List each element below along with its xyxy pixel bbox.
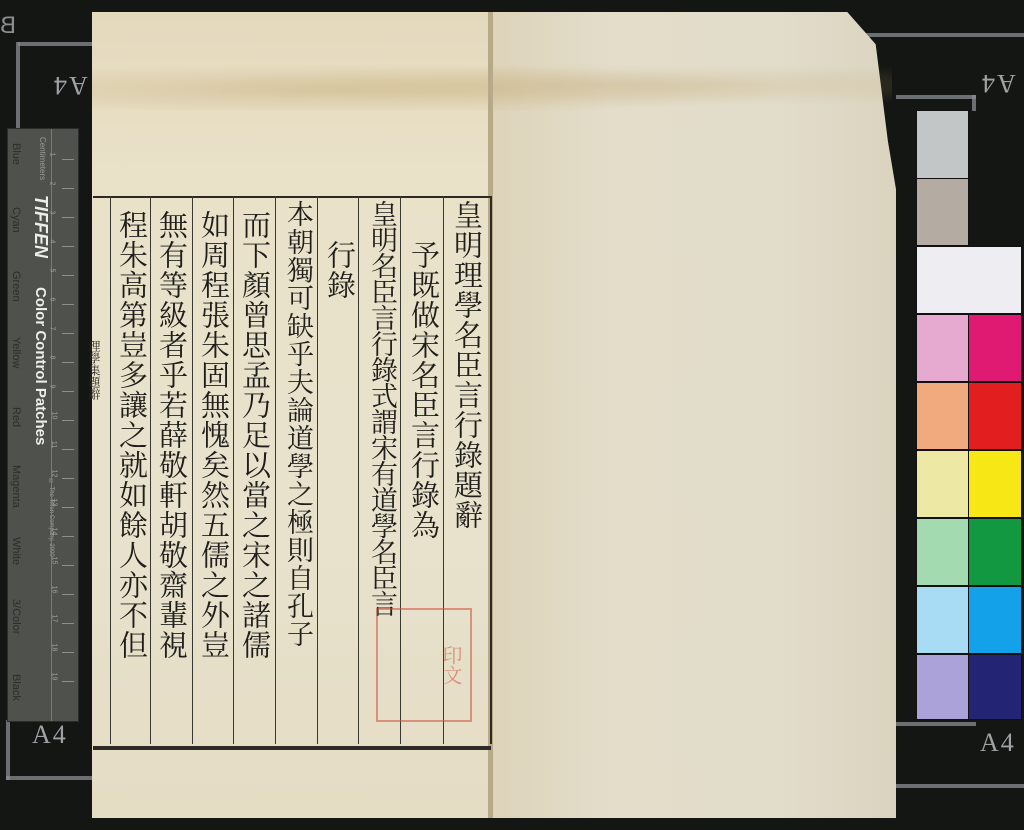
ruler-number: 10	[50, 412, 57, 420]
card-label-magenta: Magenta	[10, 465, 22, 508]
patch-light-gray	[916, 110, 969, 180]
patch-magenta	[968, 314, 1022, 382]
mat-label-bottom-right: A4	[980, 728, 1016, 758]
patch-pale-green	[916, 518, 969, 586]
card-label-red: Red	[10, 407, 22, 427]
patch-warm-gray	[916, 178, 969, 246]
ruler-number: 16	[50, 586, 57, 594]
mat-guide-bottom-left	[6, 776, 92, 780]
mat-guide-left	[16, 42, 20, 132]
card-label-green: Green	[10, 271, 22, 302]
ruler-number: 9	[48, 385, 55, 389]
card-label-black: Black	[10, 674, 22, 701]
card-label-white: White	[10, 537, 22, 565]
ruler-number: 3	[48, 211, 55, 215]
text-column: 如周程張朱固無愧矣然五儒之外豈	[194, 210, 234, 660]
patch-navy	[968, 654, 1022, 720]
column-rule	[275, 196, 276, 744]
mat-label-bottom-left: A4	[32, 720, 68, 750]
ruler-number: 11	[50, 441, 57, 448]
card-label-cyan: Cyan	[10, 207, 22, 233]
mat-guide-right-box	[896, 95, 976, 99]
patch-pale-yellow	[916, 450, 969, 518]
card-unit-label: Centimeters	[38, 137, 47, 180]
ruler-number: 7	[48, 327, 55, 331]
patch-pink	[916, 314, 969, 382]
text-column-title: 皇明理學名臣言行錄題辭	[447, 200, 487, 530]
ruler-number: 18	[50, 644, 57, 652]
ruler-tick	[62, 333, 74, 334]
ruler-number: 4	[48, 240, 55, 244]
ruler-tick	[62, 594, 74, 595]
ruler-tick	[62, 449, 74, 450]
ruler-tick	[62, 478, 74, 479]
mat-guide-bottom-right	[896, 784, 1024, 788]
ruler-number: 5	[48, 269, 55, 273]
mat-guide-top-left	[18, 42, 92, 46]
ruler-number: 12	[50, 470, 57, 478]
ruler-tick	[62, 623, 74, 624]
ruler-tick	[62, 420, 74, 421]
card-label-yellow: Yellow	[10, 337, 22, 368]
ruler-number: 1	[48, 153, 55, 157]
patch-cyan	[968, 586, 1022, 654]
mat-label-top-right: A4	[980, 68, 1016, 98]
mat-guide-left-lower	[6, 720, 10, 780]
text-column: 行錄	[320, 240, 360, 300]
patch-white	[916, 246, 1022, 314]
patch-pale-cyan	[916, 586, 969, 654]
mat-label-top-left: A4	[52, 70, 88, 100]
text-column: 予既做宋名臣言行錄為	[404, 240, 444, 540]
text-column: 無有等級者乎若薛敬軒胡敬齋輩視	[152, 210, 192, 660]
ruler-tick	[62, 275, 74, 276]
mat-guide-top-right	[866, 33, 1024, 37]
tiffen-color-strip: Centimeters TIFFEN Color Control Patches…	[7, 128, 79, 722]
mat-corner-letter: B	[0, 12, 16, 40]
ruler-tick	[62, 304, 74, 305]
patch-lavender	[916, 654, 969, 720]
column-rule	[110, 196, 111, 744]
patch-yellow	[968, 450, 1022, 518]
frame-right-border	[490, 196, 492, 744]
patch-peach	[916, 382, 969, 450]
text-column: 本朝獨可缺乎夫論道學之極則自孔子	[277, 200, 317, 648]
fold-margin-title: 理學集題辭	[86, 340, 103, 400]
column-rule	[317, 196, 318, 744]
card-label-blue: Blue	[10, 143, 22, 165]
ruler-number: 13	[50, 499, 57, 507]
column-rule	[192, 196, 193, 744]
ruler-number: 17	[50, 615, 57, 623]
ruler-number: 6	[48, 298, 55, 302]
ruler-tick	[62, 652, 74, 653]
right-page-blank	[490, 12, 896, 818]
ruler-number: 19	[50, 673, 57, 681]
ruler-tick	[62, 565, 74, 566]
ruler-number: 2	[48, 182, 55, 186]
patch-green	[968, 518, 1022, 586]
ruler-tick	[62, 217, 74, 218]
text-column: 而下顏曾思孟乃足以當之宋之諸儒	[235, 210, 275, 660]
mat-guide-right-bottom	[896, 722, 976, 726]
ruler-tick	[62, 681, 74, 682]
ruler-tick	[62, 362, 74, 363]
card-label-3color: 3/Color	[10, 599, 22, 634]
ruler-number: 14	[50, 528, 57, 536]
text-column: 皇明名臣言行錄式謂宋有道學名臣言	[361, 200, 401, 616]
ruler-number: 15	[50, 557, 57, 565]
patch-red	[968, 382, 1022, 450]
mat-guide-right-box-side	[972, 95, 976, 111]
ruler-tick	[62, 159, 74, 160]
card-title: Color Control Patches	[32, 287, 49, 445]
ruler-tick	[62, 507, 74, 508]
ruler-tick	[62, 246, 74, 247]
ruler-tick	[62, 536, 74, 537]
red-seal-stamp: 印文	[376, 608, 472, 722]
ruler-tick	[62, 188, 74, 189]
centimeter-ruler: 12345678910111213141516171819	[51, 129, 74, 721]
ruler-tick	[62, 391, 74, 392]
card-brand: TIFFEN	[30, 195, 51, 258]
text-column: 程朱高第豈多讓之就如餘人亦不但	[112, 210, 152, 660]
ruler-number: 8	[48, 356, 55, 360]
